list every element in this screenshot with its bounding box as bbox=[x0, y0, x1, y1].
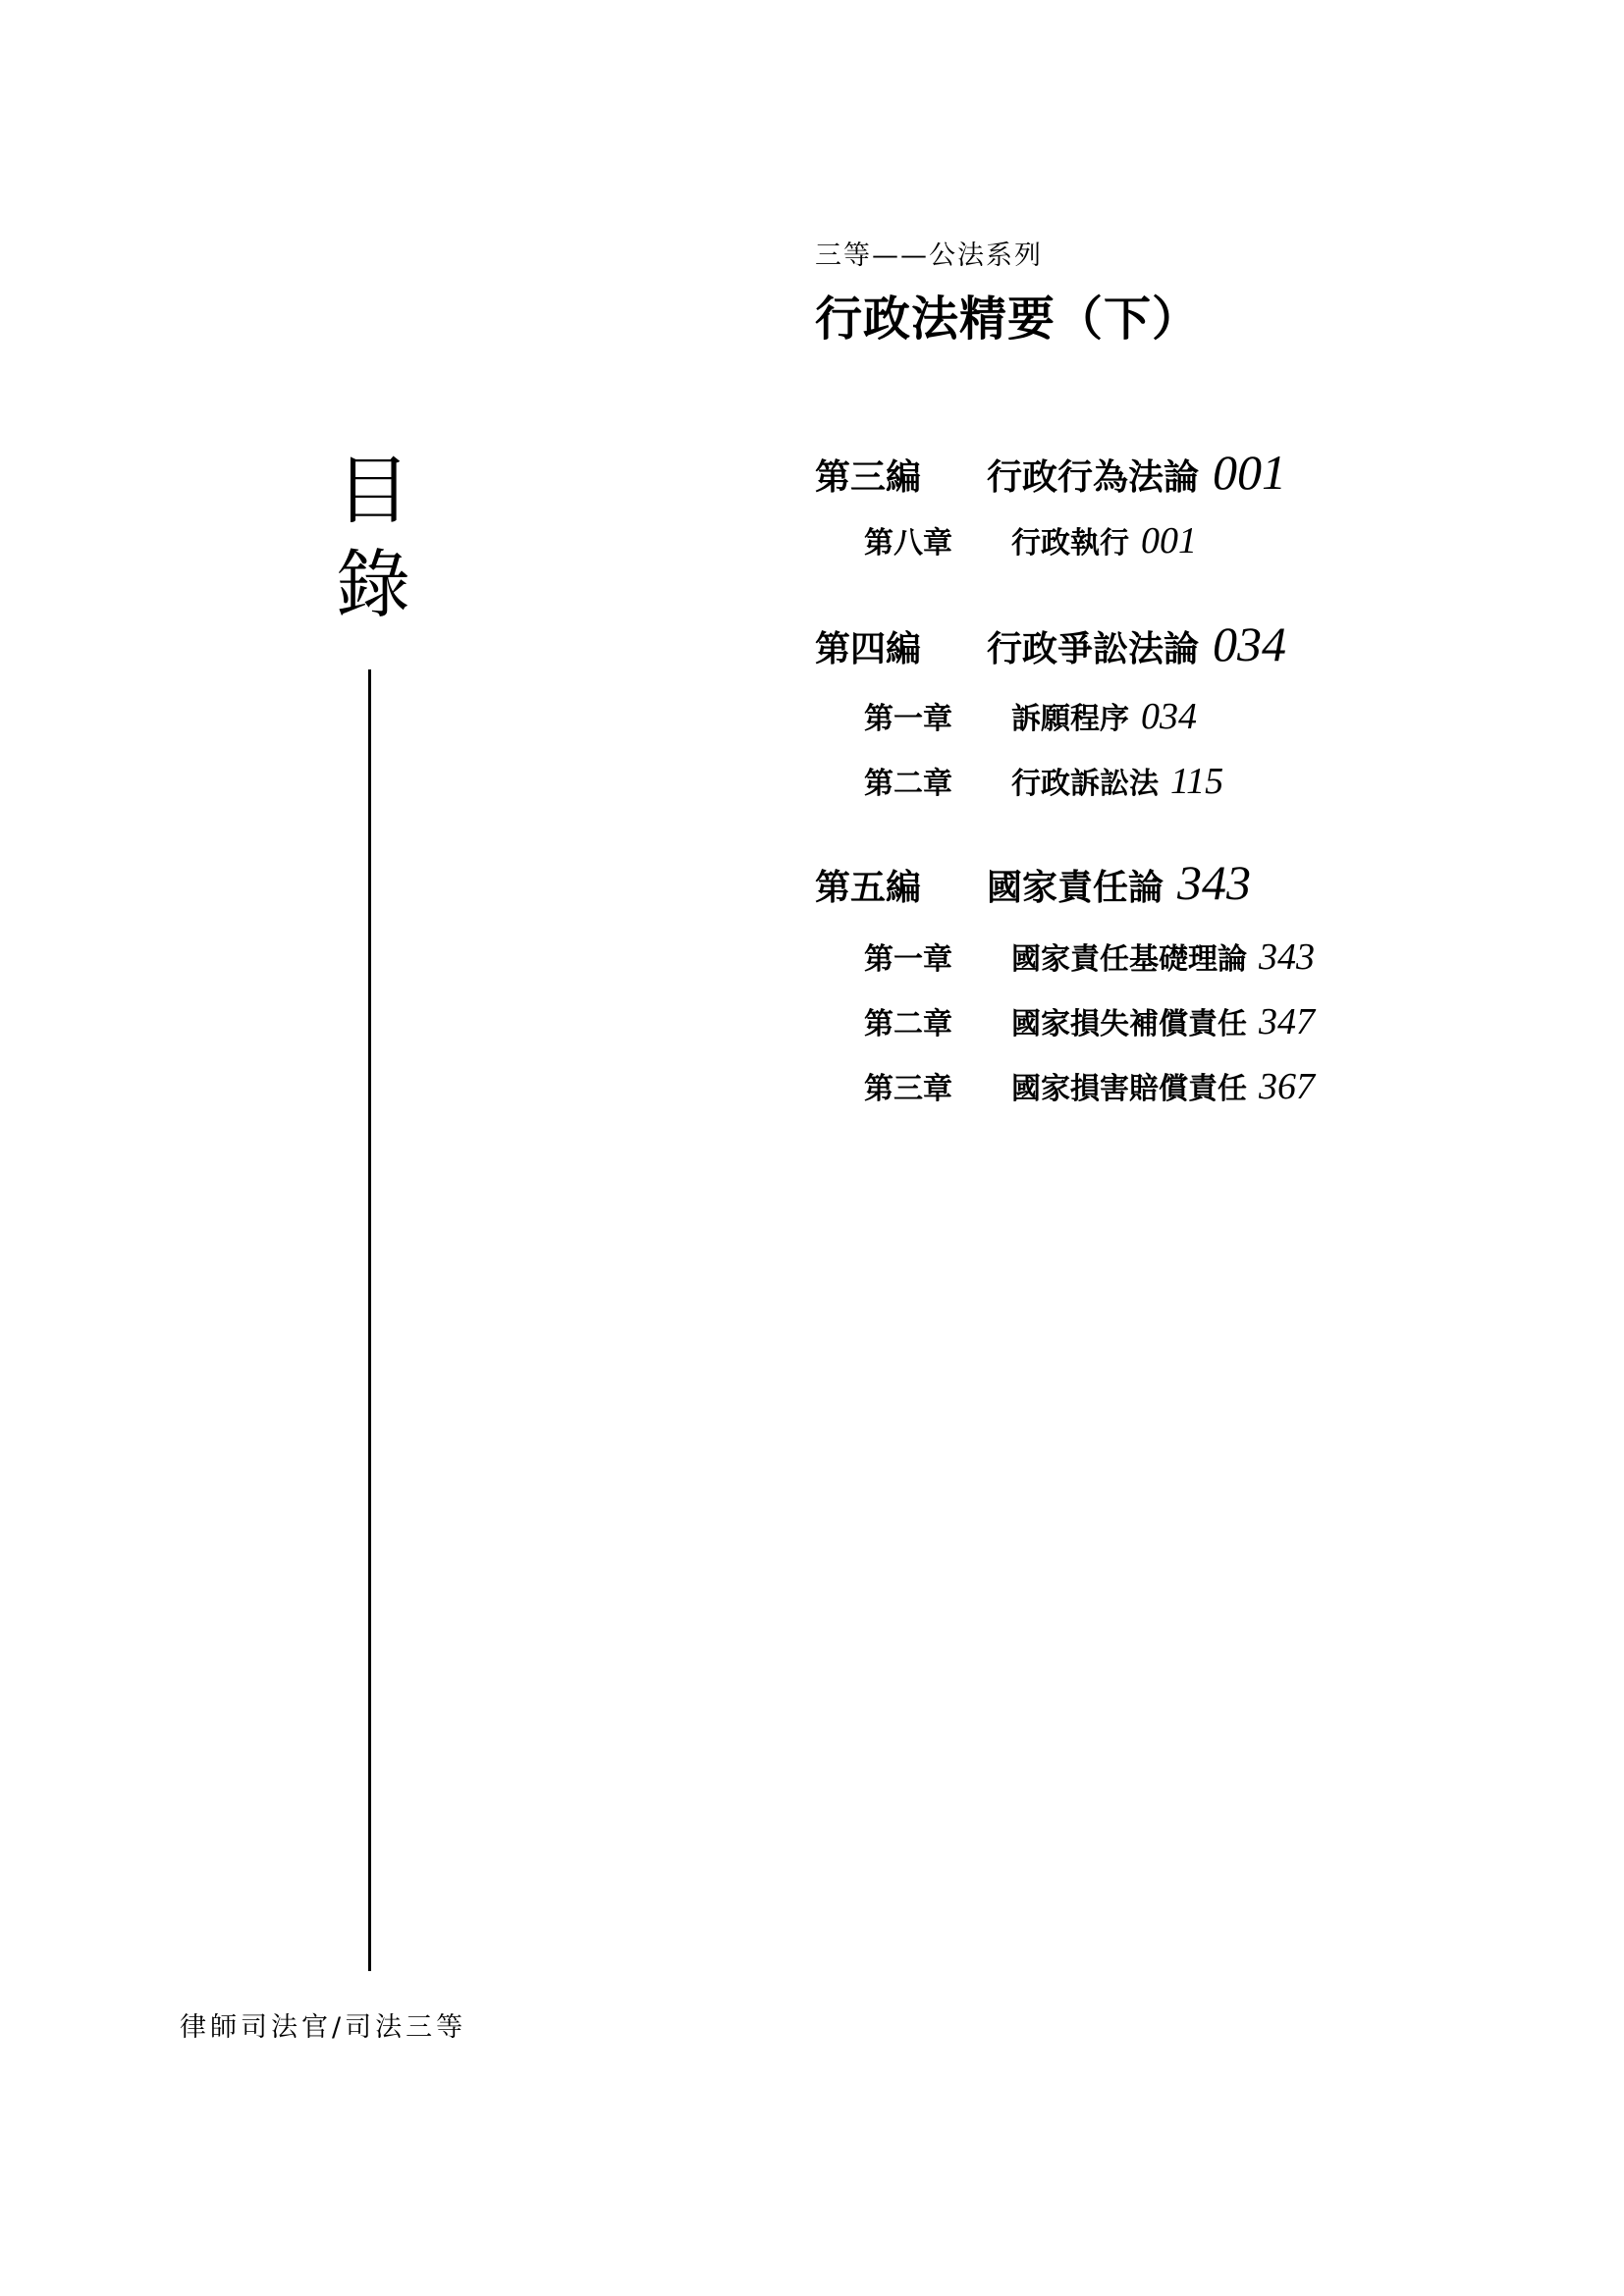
toc-part[interactable]: 第四編 行政爭訟法論 034 bbox=[815, 615, 1286, 672]
chapter-title: 行政執行 bbox=[1011, 518, 1129, 561]
toc-chapter[interactable]: 第三章 國家損害賠償責任 367 bbox=[864, 1064, 1315, 1108]
footer-label: 律師司法官/司法三等 bbox=[180, 2005, 466, 2044]
toc-chapter[interactable]: 第一章 訴願程序 034 bbox=[864, 694, 1197, 738]
part-number: 第四編 bbox=[815, 621, 987, 671]
chapter-number: 第二章 bbox=[864, 999, 1011, 1042]
chapter-title: 國家責任基礎理論 bbox=[1011, 934, 1247, 978]
page-number: 347 bbox=[1259, 1000, 1315, 1043]
toc-part[interactable]: 第三編 行政行為法論 001 bbox=[815, 444, 1286, 501]
chapter-number: 第一章 bbox=[864, 934, 1011, 978]
series-label: 三等——公法系列 bbox=[815, 234, 1043, 272]
page-number: 367 bbox=[1259, 1065, 1315, 1108]
page-number: 001 bbox=[1141, 519, 1197, 562]
page-number: 001 bbox=[1213, 444, 1286, 501]
page-number: 034 bbox=[1213, 615, 1286, 672]
page-number: 343 bbox=[1177, 854, 1251, 911]
chapter-number: 第八章 bbox=[864, 518, 1011, 561]
toc-chapter[interactable]: 第八章 行政執行 001 bbox=[864, 518, 1197, 562]
book-title: 行政法精要（下） bbox=[815, 281, 1200, 348]
part-title: 國家責任論 bbox=[987, 860, 1164, 910]
chapter-title: 國家損失補償責任 bbox=[1011, 999, 1247, 1042]
toc-heading: 目 錄 bbox=[329, 444, 417, 632]
page-number: 115 bbox=[1170, 760, 1223, 803]
chapter-title: 國家損害賠償責任 bbox=[1011, 1064, 1247, 1107]
toc-heading-char: 目 bbox=[329, 444, 417, 538]
chapter-title: 行政訴訟法 bbox=[1011, 759, 1159, 802]
part-title: 行政爭訟法論 bbox=[987, 621, 1199, 671]
vertical-divider bbox=[368, 669, 371, 1971]
chapter-number: 第一章 bbox=[864, 694, 1011, 737]
part-title: 行政行為法論 bbox=[987, 450, 1199, 500]
toc-chapter[interactable]: 第一章 國家責任基礎理論 343 bbox=[864, 934, 1315, 979]
toc-chapter[interactable]: 第二章 行政訴訟法 115 bbox=[864, 759, 1223, 803]
chapter-title: 訴願程序 bbox=[1011, 694, 1129, 737]
chapter-number: 第二章 bbox=[864, 759, 1011, 802]
toc-part[interactable]: 第五編 國家責任論 343 bbox=[815, 854, 1251, 911]
toc-chapter[interactable]: 第二章 國家損失補償責任 347 bbox=[864, 999, 1315, 1043]
part-number: 第五編 bbox=[815, 860, 987, 910]
page-number: 343 bbox=[1259, 935, 1315, 979]
page-number: 034 bbox=[1141, 695, 1197, 738]
chapter-number: 第三章 bbox=[864, 1064, 1011, 1107]
toc-heading-char: 錄 bbox=[329, 538, 417, 632]
part-number: 第三編 bbox=[815, 450, 987, 500]
